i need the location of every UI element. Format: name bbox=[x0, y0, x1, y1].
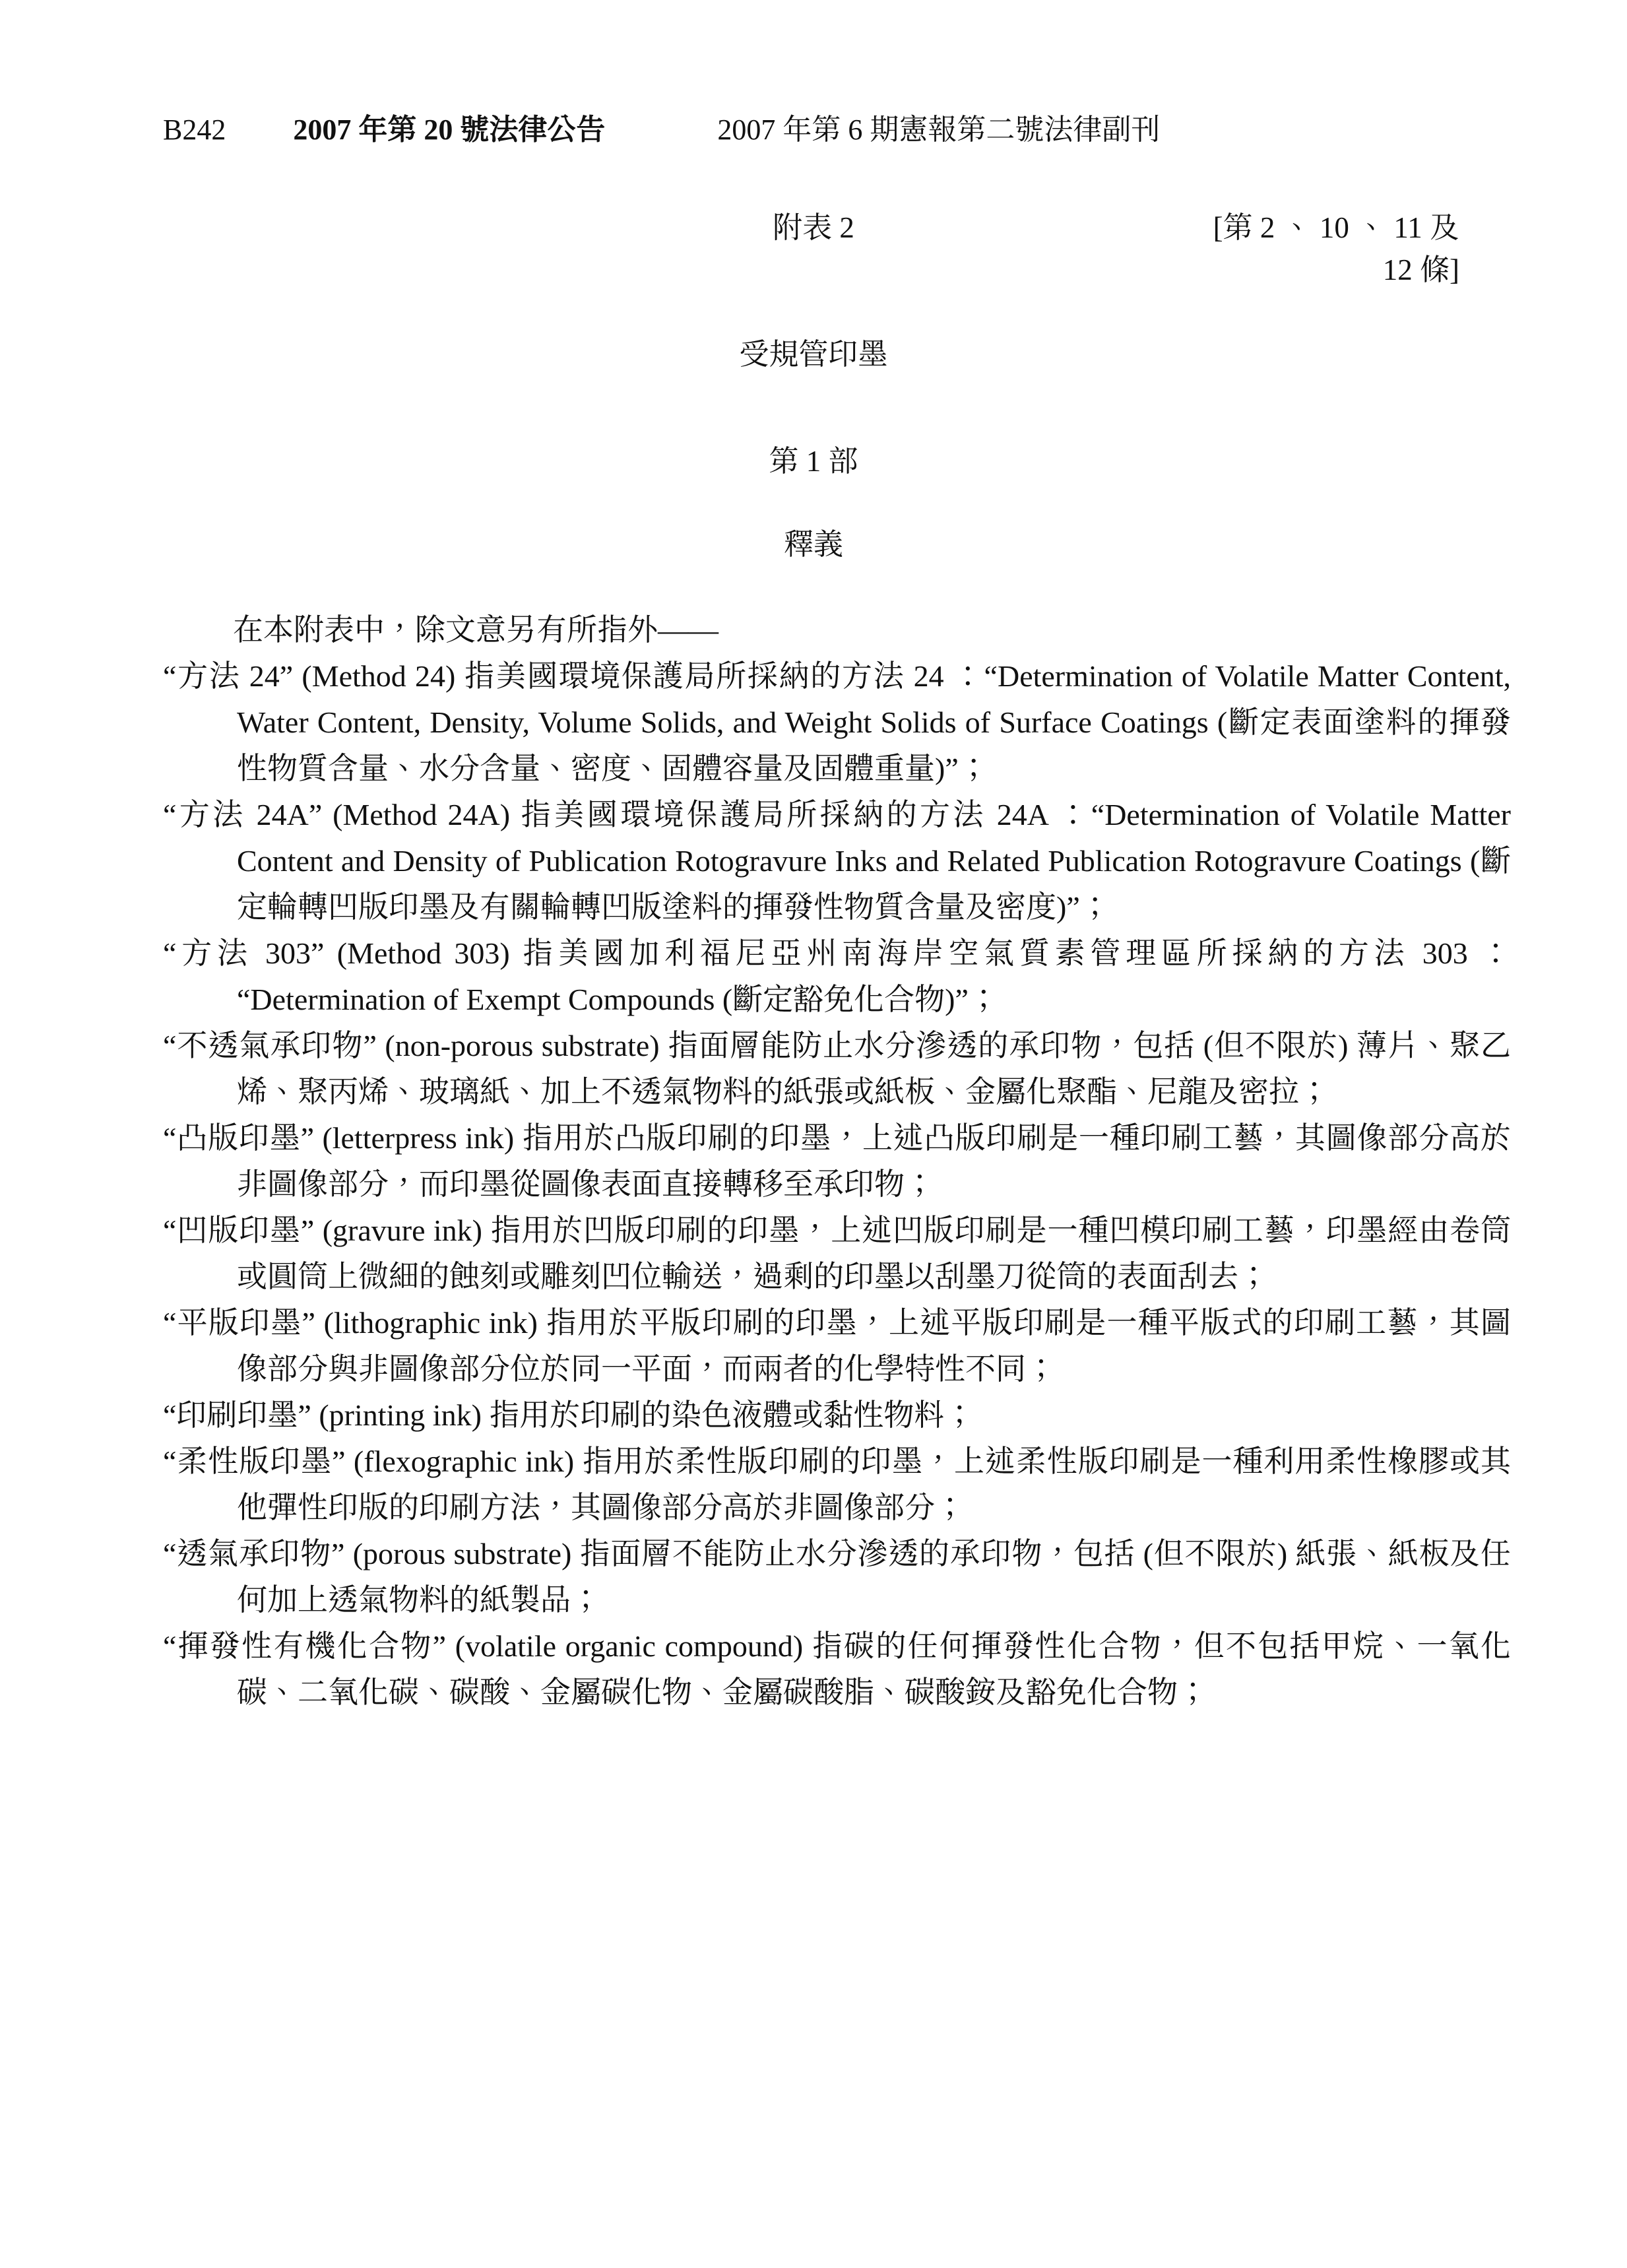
definition-method-24: “方法 24” (Method 24) 指美國環境保護局所採納的方法 24 ：“… bbox=[163, 653, 1511, 792]
part-subtitle: 釋義 bbox=[0, 524, 1627, 565]
definition-lithographic-ink: “平版印墨” (lithographic ink) 指用於平版印刷的印墨，上述平… bbox=[163, 1300, 1511, 1392]
notice-title: 2007 年第 20 號法律公告 bbox=[293, 110, 605, 150]
gazette-title: 2007 年第 6 期憲報第二號法律副刊 bbox=[717, 110, 1160, 150]
definition-printing-ink: “印刷印墨” (printing ink) 指用於印刷的染色液體或黏性物料； bbox=[163, 1392, 1511, 1439]
page-header: B2422007 年第 20 號法律公告2007 年第 6 期憲報第二號法律副刊 bbox=[163, 110, 1511, 150]
definition-flexographic-ink: “柔性版印墨” (flexographic ink) 指用於柔性版印刷的印墨，上… bbox=[163, 1439, 1511, 1531]
definition-non-porous-substrate: “不透氣承印物” (non-porous substrate) 指面層能防止水分… bbox=[163, 1023, 1511, 1115]
definition-gravure-ink: “凹版印墨” (gravure ink) 指用於凹版印刷的印墨，上述凹版印刷是一… bbox=[163, 1208, 1511, 1300]
definition-method-303: “方法 303” (Method 303) 指美國加利福尼亞州南海岸空氣質素管理… bbox=[163, 930, 1511, 1023]
sections-reference: [第 2 、 10 、 11 及 12 條] bbox=[1213, 207, 1459, 291]
schedule-title: 受規管印墨 bbox=[0, 334, 1627, 375]
definition-method-24a: “方法 24A” (Method 24A) 指美國環境保護局所採納的方法 24A… bbox=[163, 792, 1511, 930]
definition-porous-substrate: “透氣承印物” (porous substrate) 指面層不能防止水分滲透的承… bbox=[163, 1531, 1511, 1623]
part-heading: 第 1 部 bbox=[0, 441, 1627, 482]
definitions-body: 在本附表中，除文意另有所指外—— “方法 24” (Method 24) 指美國… bbox=[163, 607, 1511, 1716]
definition-letterpress-ink: “凸版印墨” (letterpress ink) 指用於凸版印刷的印墨，上述凸版… bbox=[163, 1115, 1511, 1208]
definition-volatile-organic-compound: “揮發性有機化合物” (volatile organic compound) 指… bbox=[163, 1623, 1511, 1716]
sections-reference-line2: 12 條] bbox=[1213, 249, 1459, 291]
page-number: B242 bbox=[163, 110, 226, 150]
sections-reference-line1: [第 2 、 10 、 11 及 bbox=[1213, 207, 1459, 249]
definitions-intro: 在本附表中，除文意另有所指外—— bbox=[163, 607, 1511, 653]
gazette-page: B2422007 年第 20 號法律公告2007 年第 6 期憲報第二號法律副刊… bbox=[0, 0, 1627, 2268]
